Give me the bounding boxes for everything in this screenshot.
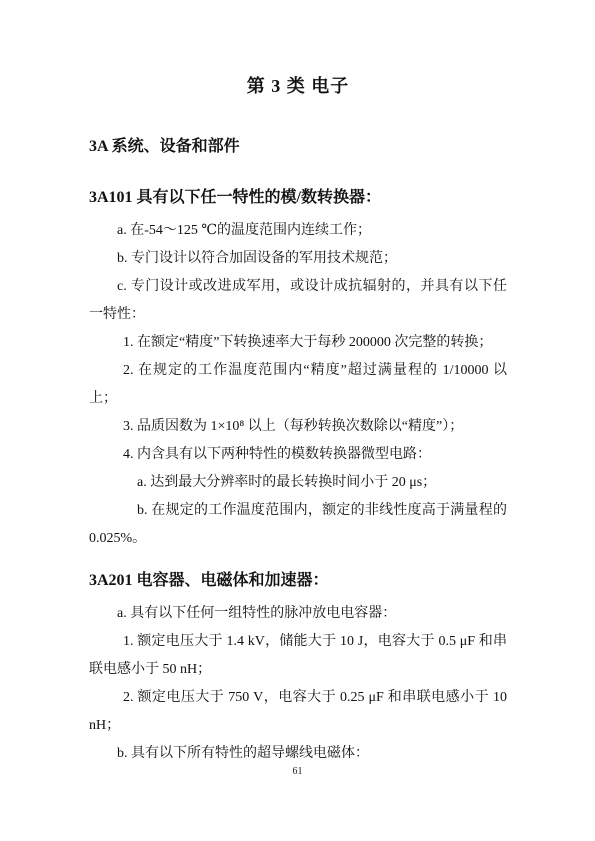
section-heading-3a: 3A 系统、设备和部件: [89, 133, 507, 161]
item-3a101-b: b. 专门设计以符合加固设备的军用技术规范；: [89, 245, 507, 273]
item-3a101-a: a. 在-54～125 ℃的温度范围内连续工作；: [89, 217, 507, 245]
item-3a101-c2: 2. 在规定的工作温度范围内“精度”超过满量程的 1/10000 以上；: [89, 357, 507, 413]
item-3a101-c4a: a. 达到最大分辨率时的最长转换时间小于 20 μs；: [89, 469, 507, 497]
document-page: 第 3 类 电子 3A 系统、设备和部件 3A101 具有以下任一特性的模/数转…: [0, 0, 595, 841]
item-3a101-c: c. 专门设计或改进成军用，或设计成抗辐射的，并具有以下任一特性：: [89, 273, 507, 329]
entry-heading-3a101: 3A101 具有以下任一特性的模/数转换器：: [89, 184, 507, 212]
item-3a101-c1: 1. 在额定“精度”下转换速率大于每秒 200000 次完整的转换；: [89, 329, 507, 357]
page-title: 第 3 类 电子: [89, 72, 507, 100]
item-3a201-a1: 1. 额定电压大于 1.4 kV，储能大于 10 J，电容大于 0.5 μF 和…: [89, 628, 507, 684]
item-3a101-c3: 3. 品质因数为 1×10⁸ 以上（每秒转换次数除以“精度”）；: [89, 413, 507, 441]
page-number: 61: [0, 764, 595, 780]
item-3a101-c4: 4. 内含具有以下两种特性的模数转换器微型电路：: [89, 441, 507, 469]
page-content: 第 3 类 电子 3A 系统、设备和部件 3A101 具有以下任一特性的模/数转…: [89, 72, 507, 768]
entry-heading-3a201: 3A201 电容器、电磁体和加速器：: [89, 567, 507, 595]
item-3a201-a: a. 具有以下任何一组特性的脉冲放电电容器：: [89, 600, 507, 628]
item-3a101-c4b: b. 在规定的工作温度范围内，额定的非线性度高于满量程的 0.025%。: [89, 497, 507, 553]
item-3a201-a2: 2. 额定电压大于 750 V，电容大于 0.25 μF 和串联电感小于 10 …: [89, 684, 507, 740]
